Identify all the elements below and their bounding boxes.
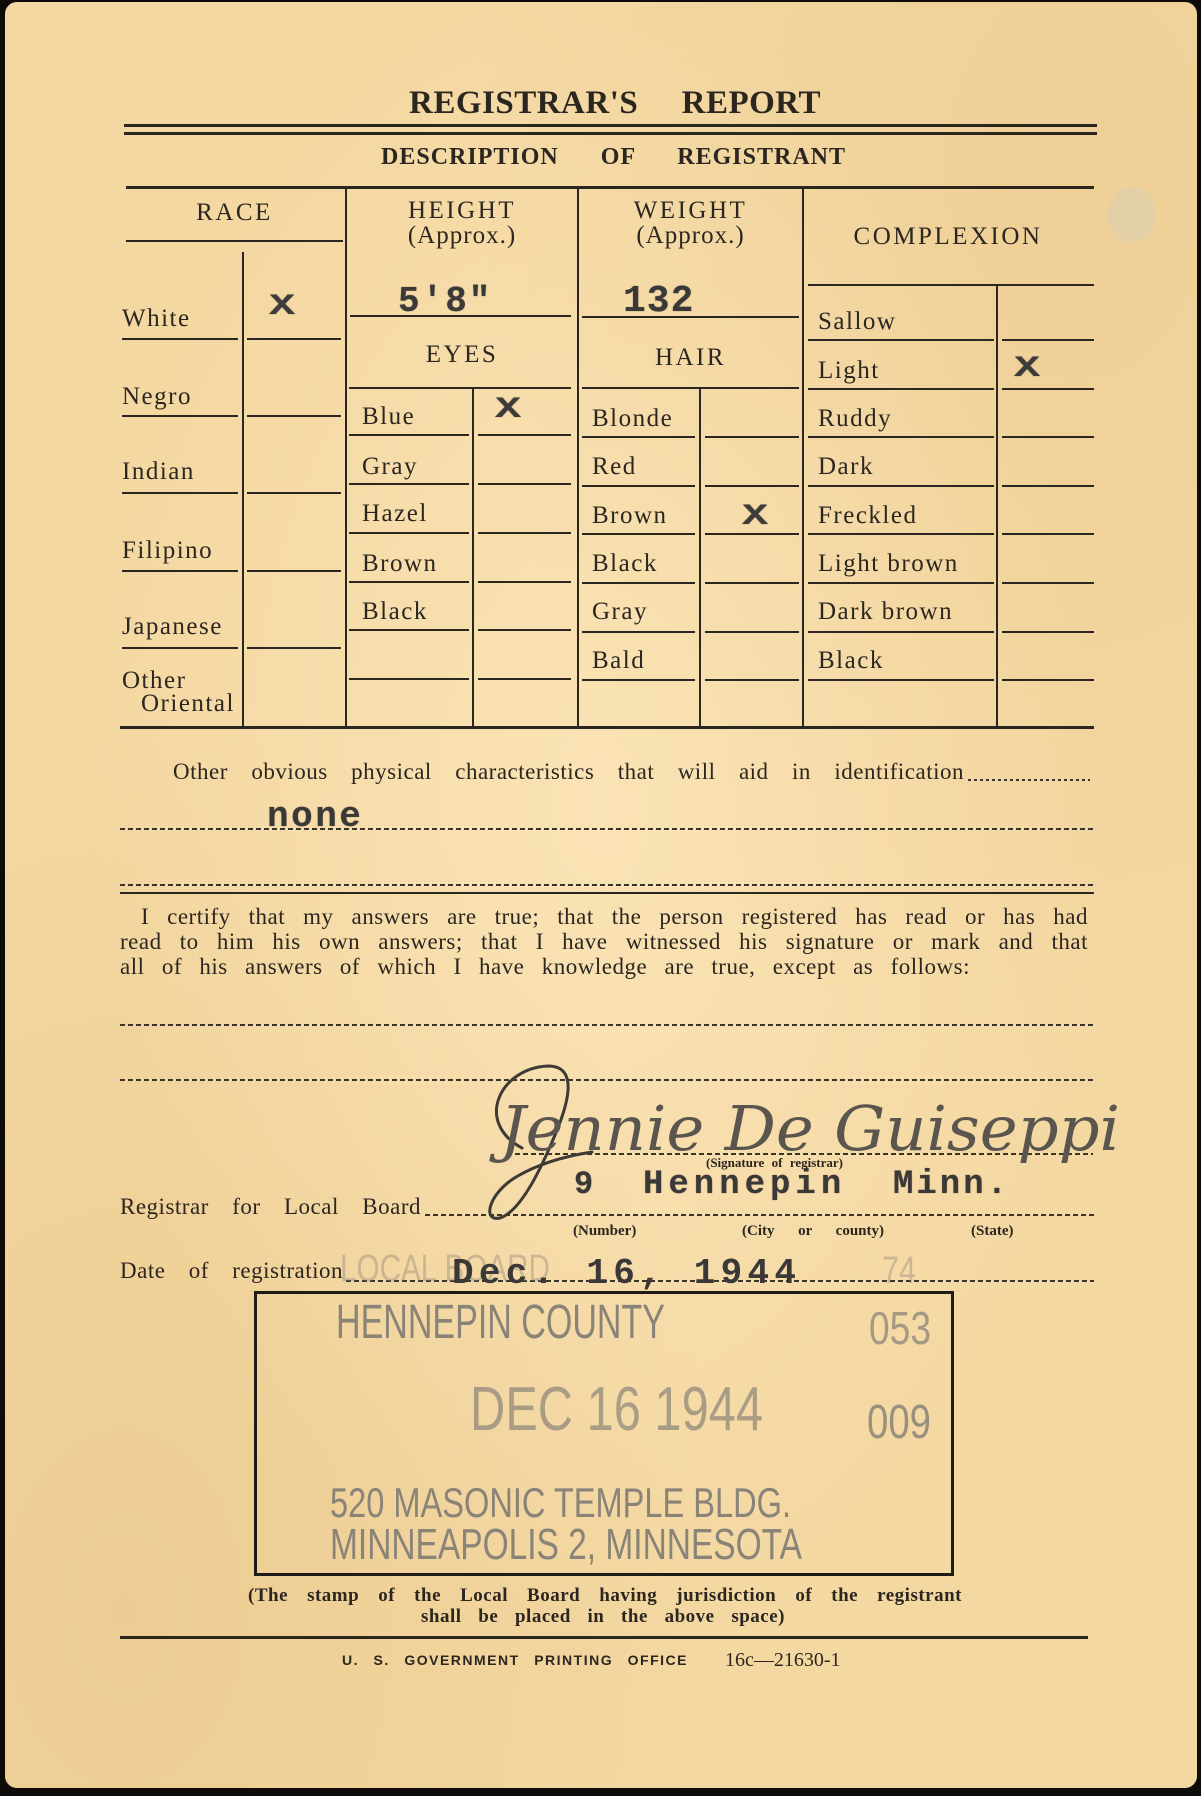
- eyes-option-gray: Gray: [362, 454, 418, 479]
- complexion-header-rule: [808, 284, 1094, 286]
- complexion-light-check-mark: X: [1014, 354, 1040, 384]
- complexion-option-light: Light: [818, 358, 880, 383]
- height-value: 5'8": [398, 284, 492, 320]
- hair-option-brown: Brown: [592, 503, 668, 528]
- box-rule: [1002, 436, 1094, 438]
- hair-option-red: Red: [592, 454, 637, 479]
- box-rule: [1002, 631, 1094, 633]
- box-rule: [478, 678, 571, 680]
- city-caption: (City or county): [742, 1224, 884, 1239]
- row-rule: [122, 570, 238, 572]
- weight-value: 132: [623, 283, 694, 321]
- height-header: HEIGHT: [346, 198, 578, 223]
- eyes-option-hazel: Hazel: [362, 501, 428, 526]
- height-approx-label: (Approx.): [346, 223, 578, 248]
- eyes-option-blue: Blue: [362, 404, 415, 429]
- box-rule: [1002, 679, 1094, 681]
- row-rule: [122, 415, 238, 417]
- registration-date-label: Date of registration: [120, 1259, 343, 1282]
- box-rule: [478, 483, 571, 485]
- complexion-box-divider: [996, 285, 998, 727]
- eyes-box-divider: [472, 388, 474, 727]
- hair-option-blonde: Blonde: [592, 406, 673, 431]
- row-rule: [582, 533, 695, 535]
- race-option-japanese: Japanese: [122, 614, 223, 639]
- title-rule-bottom: [124, 132, 1097, 135]
- certification-line: all of his answers of which I have knowl…: [120, 955, 970, 978]
- row-rule: [349, 434, 469, 436]
- dotted-leader: [968, 779, 1090, 781]
- race-white-check-mark: X: [269, 292, 295, 322]
- row-rule: [349, 678, 469, 680]
- footer-rule: [120, 1636, 1088, 1639]
- box-rule: [247, 647, 341, 649]
- box-rule: [247, 492, 341, 494]
- box-rule: [478, 532, 571, 534]
- row-rule: [349, 581, 469, 583]
- box-rule: [247, 415, 341, 417]
- board-line: [425, 1214, 1094, 1216]
- complexion-header: COMPLEXION: [803, 224, 1093, 249]
- row-rule: [808, 436, 994, 438]
- row-rule: [808, 631, 994, 633]
- complexion-option-dark-brown: Dark brown: [818, 599, 953, 624]
- race-option-negro: Negro: [122, 384, 192, 409]
- complexion-option-light-brown: Light brown: [818, 551, 959, 576]
- column-divider: [802, 187, 804, 728]
- identification-blank-line: [120, 884, 1094, 886]
- complexion-option-dark: Dark: [818, 454, 874, 479]
- weight-approx-label: (Approx.): [578, 223, 803, 248]
- row-rule: [582, 582, 695, 584]
- box-rule: [1002, 533, 1094, 535]
- complexion-option-ruddy: Ruddy: [818, 406, 892, 431]
- row-rule: [582, 485, 695, 487]
- race-option-filipino: Filipino: [122, 538, 213, 563]
- local-board-stamp-box: [254, 1291, 954, 1576]
- race-box-divider: [242, 252, 244, 727]
- box-rule: [705, 436, 799, 438]
- column-divider: [345, 187, 347, 728]
- table-bottom-rule: [120, 726, 1094, 729]
- row-rule: [349, 629, 469, 631]
- box-rule: [1002, 582, 1094, 584]
- hair-box-divider: [699, 388, 701, 727]
- eyes-blue-check-mark: X: [495, 395, 521, 425]
- registrar-label: Registrar for Local Board: [120, 1195, 421, 1218]
- row-rule: [808, 679, 994, 681]
- box-rule: [478, 581, 571, 583]
- weight-header: WEIGHT: [578, 198, 803, 223]
- complexion-option-black: Black: [818, 648, 884, 673]
- hair-option-bald: Bald: [592, 648, 645, 673]
- number-caption: (Number): [573, 1224, 636, 1239]
- row-rule: [808, 533, 994, 535]
- box-rule: [705, 485, 799, 487]
- race-option-oriental: Oriental: [141, 691, 235, 716]
- exceptions-line: [120, 1079, 1094, 1081]
- form-number: 16c—21630-1: [725, 1650, 841, 1670]
- eyes-option-brown: Brown: [362, 551, 438, 576]
- row-rule: [122, 492, 238, 494]
- complexion-option-sallow: Sallow: [818, 309, 896, 334]
- board-state: Minn.: [893, 1168, 1010, 1202]
- title-rule-top: [124, 124, 1097, 127]
- row-rule: [349, 483, 469, 485]
- box-rule: [478, 434, 571, 436]
- box-rule: [247, 570, 341, 572]
- race-option-indian: Indian: [122, 459, 195, 484]
- eyes-header-rule: [349, 387, 571, 389]
- page-title: REGISTRAR'S REPORT: [409, 87, 821, 120]
- state-caption: (State): [971, 1224, 1013, 1239]
- row-rule: [808, 485, 994, 487]
- certification-line: I certify that my answers are true; that…: [141, 905, 1088, 928]
- printer-credit: U. S. GOVERNMENT PRINTING OFFICE: [342, 1653, 688, 1667]
- exceptions-line: [120, 1024, 1094, 1026]
- hair-option-black: Black: [592, 551, 658, 576]
- identification-label: Other obvious physical characteristics t…: [173, 760, 964, 783]
- hair-header: HAIR: [578, 345, 803, 370]
- race-header: RACE: [126, 200, 343, 225]
- box-rule: [705, 582, 799, 584]
- section-subtitle: DESCRIPTION OF REGISTRANT: [381, 145, 846, 169]
- row-rule: [349, 532, 469, 534]
- box-rule: [1002, 388, 1094, 390]
- row-rule: [122, 338, 238, 340]
- row-rule: [808, 388, 994, 390]
- board-number: 9: [574, 1169, 593, 1201]
- row-rule: [808, 339, 994, 341]
- eyes-header: EYES: [346, 342, 578, 367]
- box-rule: [705, 679, 799, 681]
- board-city-or-county: Hennepin: [643, 1168, 846, 1202]
- identification-line: [120, 828, 1094, 830]
- hair-option-gray: Gray: [592, 599, 648, 624]
- complexion-option-freckled: Freckled: [818, 503, 917, 528]
- box-rule: [1002, 339, 1094, 341]
- stamp-instruction-line-2: shall be placed in the above space): [421, 1607, 785, 1626]
- race-option-white: White: [122, 306, 191, 331]
- row-rule: [582, 436, 695, 438]
- hair-header-rule: [582, 387, 799, 389]
- column-divider: [577, 187, 579, 728]
- section-rule: [120, 892, 1094, 894]
- box-rule: [478, 629, 571, 631]
- stamp-instruction-line-1: (The stamp of the Local Board having jur…: [248, 1586, 962, 1605]
- box-rule: [705, 631, 799, 633]
- hair-brown-check-mark: X: [742, 502, 768, 532]
- row-rule: [808, 582, 994, 584]
- row-rule: [582, 631, 695, 633]
- certification-line: read to him his own answers; that I have…: [120, 930, 1088, 953]
- table-top-rule: [126, 186, 1094, 189]
- box-rule: [247, 338, 341, 340]
- registration-date-line: [346, 1280, 1094, 1282]
- box-rule: [1002, 485, 1094, 487]
- eyes-option-black: Black: [362, 599, 428, 624]
- race-header-rule: [126, 240, 343, 242]
- row-rule: [582, 679, 695, 681]
- row-rule: [122, 647, 238, 649]
